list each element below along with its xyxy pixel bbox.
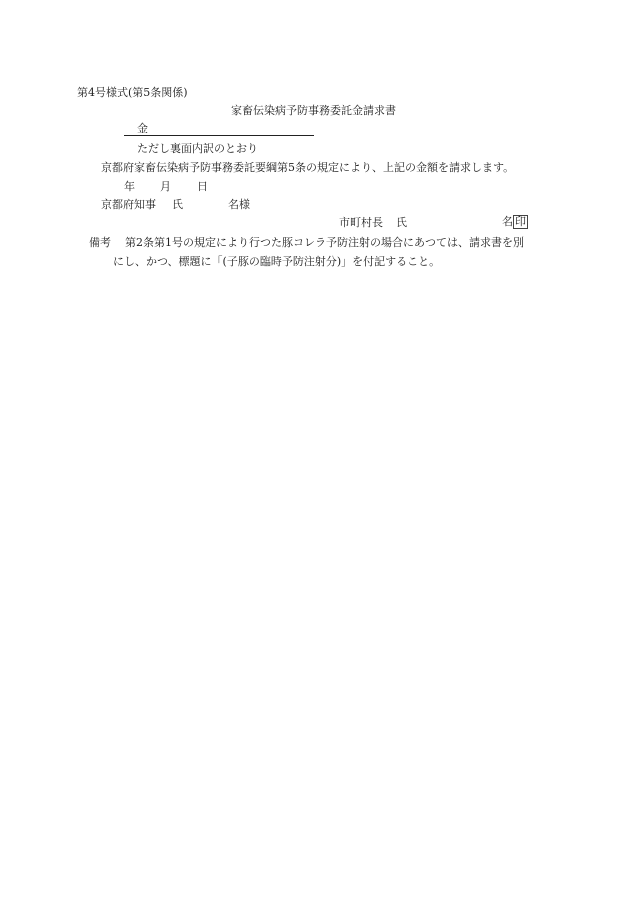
requester-name: 名 [502, 215, 513, 228]
amount-label: 金 [137, 122, 148, 135]
requester-surname: 氏 [396, 216, 407, 229]
date-month: 月 [160, 180, 171, 193]
date-year: 年 [124, 180, 135, 193]
remarks-line-1: 第2条第1号の規定により行つた豚コレラ予防注射の場合にあつては、請求書を別 [125, 236, 524, 249]
form-number: 第4号様式(第5条関係) [77, 86, 188, 99]
amount-underline [124, 135, 314, 136]
remarks-label: 備考 [89, 236, 111, 249]
date-day: 日 [197, 180, 208, 193]
seal-box: 印 [513, 215, 528, 229]
addressee-title: 京都府知事 [101, 198, 156, 211]
document-title: 家畜伝染病予防事務委託金請求書 [231, 104, 396, 117]
addressee-surname: 氏 [172, 198, 183, 211]
breakdown-note: ただし裏面内訳のとおり [137, 142, 258, 155]
remarks-line-2: にし、かつ、標題に「(子豚の臨時予防注射分)」を付記すること。 [113, 255, 440, 268]
requester-title: 市町村長 [339, 216, 383, 229]
requester-name-seal: 名印 [502, 215, 528, 229]
addressee-suffix: 名様 [228, 198, 250, 211]
request-statement: 京都府家畜伝染病予防事務委託要綱第5条の規定により、上記の金額を請求します。 [101, 161, 514, 174]
